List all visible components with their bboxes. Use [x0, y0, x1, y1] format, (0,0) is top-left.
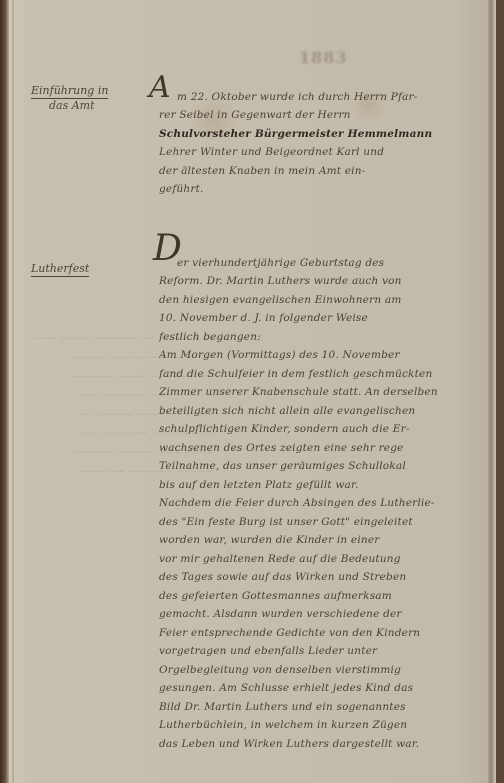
margin-heading-line: Lutherfest	[31, 262, 89, 277]
text-line: gesungen. Am Schlusse erhielt jedes Kind…	[159, 679, 499, 698]
text-line: vor mir gehaltenen Rede auf die Bedeutun…	[159, 550, 499, 569]
section-luther-text: er vierhundertjährige Geburtstag des	[177, 254, 499, 273]
margin-heading-luther-festival: Lutherfest	[31, 262, 89, 277]
section-installation-text: m 22. Oktober wurde ich durch Herrn Pfar…	[177, 88, 499, 107]
text-line: Nachdem die Feier durch Absingen des Lut…	[159, 494, 499, 513]
text-line: Orgelbegleitung von denselben vierstimmi…	[159, 661, 499, 680]
text-line: der ältesten Knaben in mein Amt ein-	[159, 162, 499, 181]
text-line: fand die Schulfeier in dem festlich gesc…	[159, 365, 499, 384]
margin-heading-line: das Amt	[31, 99, 95, 112]
book-binding	[0, 0, 9, 783]
text-line: rer Seibel in Gegenwart der Herrn	[159, 106, 499, 125]
text-line: 10. November d. J. in folgender Weise	[159, 309, 499, 328]
margin-heading-installation: Einführung in das Amt	[31, 84, 108, 112]
text-line: vorgetragen und ebenfalls Lieder unter	[159, 642, 499, 661]
text-line: bis auf den letzten Platz gefüllt war.	[159, 476, 499, 495]
text-line: wachsenen des Ortes zeigten eine sehr re…	[159, 439, 499, 458]
text-line: festlich begangen:	[159, 328, 499, 347]
dropcap: A	[149, 70, 171, 105]
text-line: das Leben und Wirken Luthers dargestellt…	[159, 735, 499, 754]
text-line: des gefeierten Gottesmannes aufmerksam	[159, 587, 499, 606]
text-line: geführt.	[159, 180, 499, 199]
text-line: er vierhundertjährige Geburtstag des	[177, 254, 499, 273]
margin-heading-line: Einführung in	[31, 84, 108, 99]
text-line: des Tages sowie auf das Wirken und Streb…	[159, 568, 499, 587]
text-line: Lutherbüchlein, in welchem in kurzen Züg…	[159, 716, 499, 735]
text-line: des "Ein feste Burg ist unser Gott" eing…	[159, 513, 499, 532]
text-line: worden war, wurden die Kinder in einer	[159, 531, 499, 550]
text-line: Feier entsprechende Gedichte von den Kin…	[159, 624, 499, 643]
text-line: Teilnahme, das unser geräumiges Schullok…	[159, 457, 499, 476]
text-line: Zimmer unserer Knabenschule statt. An de…	[159, 383, 499, 402]
text-line: Schulvorsteher Bürgermeister Hemmelmann	[159, 125, 499, 144]
text-line: gemacht. Alsdann wurden verschiedene der	[159, 605, 499, 624]
text-line: den hiesigen evangelischen Einwohnern am	[159, 291, 499, 310]
text-line: Lehrer Winter und Beigeordnet Karl und	[159, 143, 499, 162]
text-line: beteiligten sich nicht allein alle evang…	[159, 402, 499, 421]
text-line: m 22. Oktober wurde ich durch Herrn Pfar…	[177, 88, 499, 107]
text-line: schulpflichtigen Kinder, sondern auch di…	[159, 420, 499, 439]
faint-page-number: 1883	[299, 48, 348, 67]
section-installation-text-cont: rer Seibel in Gegenwart der Herrn Schulv…	[159, 106, 499, 199]
manuscript-page: 1883 ~~~ ~~~~ ~~ ~~~~~~ ~~~~ ~~~~~~~ ~~~…	[9, 0, 496, 783]
text-line: Bild Dr. Martin Luthers und ein sogenann…	[159, 698, 499, 717]
section-luther-text-cont: Reform. Dr. Martin Luthers wurde auch vo…	[159, 272, 499, 753]
text-line: Reform. Dr. Martin Luthers wurde auch vo…	[159, 272, 499, 291]
text-line: Am Morgen (Vormittags) des 10. November	[159, 346, 499, 365]
